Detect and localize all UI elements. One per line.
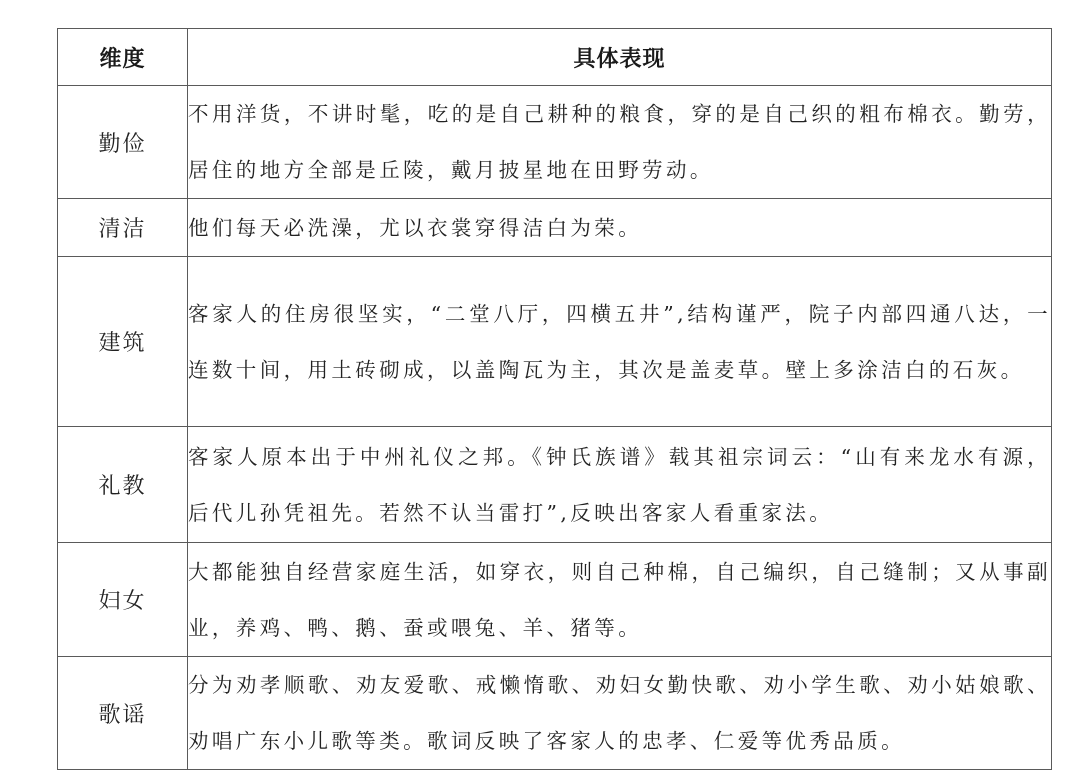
row-dimension: 妇女 xyxy=(58,543,188,657)
table-row: 清洁 他们每天必洗澡，尤以衣裳穿得洁白为荣。 xyxy=(58,199,1052,257)
row-description: 大都能独自经营家庭生活，如穿衣，则自己种棉，自己编织，自己缝制；又从事副业，养鸡… xyxy=(188,543,1052,657)
table-row: 歌谣 分为劝孝顺歌、劝友爱歌、戒懒惰歌、劝妇女勤快歌、劝小学生歌、劝小姑娘歌、劝… xyxy=(58,657,1052,770)
row-description: 不用洋货，不讲时髦，吃的是自己耕种的粮食，穿的是自己织的粗布棉衣。勤劳，居住的地… xyxy=(188,86,1052,199)
table-row: 礼教 客家人原本出于中州礼仪之邦。《钟氏族谱》载其祖宗词云：“山有来龙水有源，后… xyxy=(58,427,1052,543)
row-dimension: 歌谣 xyxy=(58,657,188,770)
row-dimension: 勤俭 xyxy=(58,86,188,199)
row-dimension: 礼教 xyxy=(58,427,188,543)
row-dimension: 建筑 xyxy=(58,257,188,427)
header-description: 具体表现 xyxy=(188,29,1052,86)
table-row: 勤俭 不用洋货，不讲时髦，吃的是自己耕种的粮食，穿的是自己织的粗布棉衣。勤劳，居… xyxy=(58,86,1052,199)
table-row: 建筑 客家人的住房很坚实，“二堂八厅，四横五井”,结构谨严，院子内部四通八达，一… xyxy=(58,257,1052,427)
table-row: 妇女 大都能独自经营家庭生活，如穿衣，则自己种棉，自己编织，自己缝制；又从事副业… xyxy=(58,543,1052,657)
row-description: 客家人的住房很坚实，“二堂八厅，四横五井”,结构谨严，院子内部四通八达，一连数十… xyxy=(188,257,1052,427)
row-dimension: 清洁 xyxy=(58,199,188,257)
row-description: 分为劝孝顺歌、劝友爱歌、戒懒惰歌、劝妇女勤快歌、劝小学生歌、劝小姑娘歌、劝唱广东… xyxy=(188,657,1052,770)
table-header-row: 维度 具体表现 xyxy=(58,29,1052,86)
header-dimension: 维度 xyxy=(58,29,188,86)
hakka-culture-table: 维度 具体表现 勤俭 不用洋货，不讲时髦，吃的是自己耕种的粮食，穿的是自己织的粗… xyxy=(57,28,1052,770)
row-description: 客家人原本出于中州礼仪之邦。《钟氏族谱》载其祖宗词云：“山有来龙水有源，后代儿孙… xyxy=(188,427,1052,543)
row-description: 他们每天必洗澡，尤以衣裳穿得洁白为荣。 xyxy=(188,199,1052,257)
